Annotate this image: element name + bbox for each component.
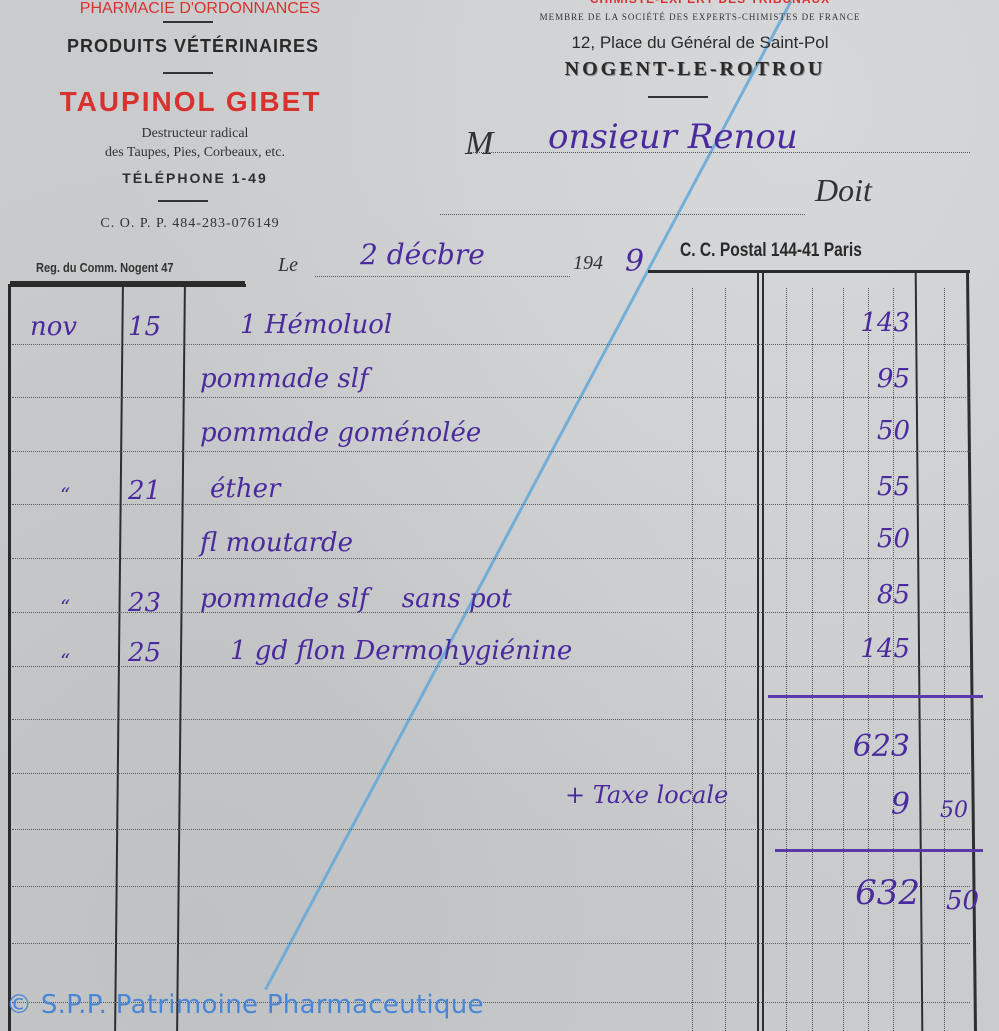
- item-description: fl moutarde: [200, 528, 353, 558]
- item-description: éther: [210, 474, 280, 504]
- row-line: [12, 773, 970, 774]
- item-amount: 95: [810, 364, 910, 394]
- grid-vline: [944, 288, 945, 1031]
- doit-label: Doit: [815, 172, 872, 209]
- item-amount: 55: [810, 472, 910, 502]
- item-description: pommade slf: [200, 364, 369, 394]
- item-amount: 143: [810, 308, 910, 338]
- row-line: [12, 558, 970, 559]
- subtotal-rule: [768, 695, 983, 698]
- date-day-month: 2 décbre: [360, 238, 485, 271]
- local-tax-amount: 9: [810, 790, 910, 820]
- item-description: pommade goménolée: [200, 418, 481, 448]
- item-day: 25: [128, 638, 161, 668]
- item-month-ditto: “: [60, 646, 70, 676]
- row-line: [12, 451, 970, 452]
- local-tax-label: + Taxe locale: [565, 780, 728, 810]
- item-day: 23: [128, 588, 161, 618]
- total-rule: [775, 849, 983, 852]
- table-right-border: [966, 272, 977, 1031]
- copyright-watermark: © S.P.P. Patrimoine Pharmaceutique: [6, 990, 484, 1020]
- letterhead-membership: MEMBRE DE LA SOCIÉTÉ DES EXPERTS-CHIMIST…: [470, 12, 930, 22]
- date-prefix: Le: [278, 254, 298, 277]
- item-amount: 50: [810, 524, 910, 554]
- letterhead-pharmacy-title: PHARMACIE D'ORDONNANCES: [0, 0, 400, 18]
- customer-name: onsieur Renou: [548, 117, 798, 157]
- row-line: [12, 719, 970, 720]
- letterhead-registry: Reg. du Comm. Nogent 47: [36, 260, 174, 275]
- column-divider-amount-left: [757, 272, 759, 1031]
- grid-vline: [692, 288, 693, 1031]
- letterhead-telephone: TÉLÉPHONE 1-49: [60, 170, 330, 186]
- customer-dotted-line: [470, 152, 970, 153]
- item-month-ditto: “: [60, 592, 70, 622]
- item-month-ditto: “: [60, 480, 70, 510]
- row-line: [12, 943, 970, 944]
- year-printed: 194: [573, 252, 603, 275]
- column-divider-amount-left-2: [762, 272, 764, 1031]
- item-day: 15: [128, 312, 161, 342]
- column-divider-month-day: [114, 287, 124, 1031]
- subtotal-amount: 623: [810, 732, 910, 762]
- customer-dotted-line-2: [440, 214, 805, 215]
- letterhead-brand: TAUPINOL GIBET: [18, 86, 363, 118]
- letterhead-veterinary-products: PRODUITS VÉTÉRINAIRES: [28, 36, 358, 57]
- letterhead-tagline: Destructeur radical des Taupes, Pies, Co…: [60, 124, 330, 162]
- item-description: 1 gd flon Dermohygiénine: [230, 636, 572, 666]
- item-amount: 50: [810, 416, 910, 446]
- letterhead-divider: [163, 21, 213, 23]
- local-tax-cents: 50: [940, 796, 968, 826]
- row-line: [12, 829, 970, 830]
- item-description: pommade slf sans pot: [200, 584, 512, 614]
- letterhead-city: NOGENT-LE-ROTROU: [490, 58, 900, 81]
- postal-account: C. C. Postal 144-41 Paris: [680, 240, 862, 262]
- table-left-border: [8, 284, 11, 1031]
- tagline-line-2: des Taupes, Pies, Corbeaux, etc.: [60, 143, 330, 162]
- grid-vline: [786, 288, 787, 1031]
- item-day: 21: [128, 476, 161, 506]
- item-month: nov: [30, 312, 77, 342]
- letterhead-divider: [648, 96, 708, 98]
- grand-total-amount: 632: [810, 878, 920, 908]
- letterhead-divider: [163, 72, 213, 74]
- row-line: [12, 344, 970, 345]
- item-amount: 85: [810, 580, 910, 610]
- table-top-border: [8, 284, 246, 287]
- date-dotted-line: [315, 276, 570, 277]
- row-line: [12, 397, 970, 398]
- grid-vline: [725, 288, 726, 1031]
- letterhead-divider: [158, 200, 208, 202]
- item-amount: 145: [810, 634, 910, 664]
- tagline-line-1: Destructeur radical: [60, 124, 330, 143]
- grand-total-cents: 50: [946, 886, 979, 916]
- letterhead-copp-number: C. O. P. P. 484-283-076149: [40, 216, 340, 232]
- letterhead-chemist-title: CHIMISTE-EXPERT DES TRIBUNAUX: [500, 0, 920, 6]
- item-description: 1 Hémoluol: [240, 310, 392, 340]
- column-divider-day-desc: [176, 287, 186, 1031]
- customer-prefix: M: [465, 125, 493, 163]
- letterhead-address: 12, Place du Général de Saint-Pol: [500, 33, 900, 53]
- year-handwritten: 9: [625, 244, 644, 279]
- column-divider-cents: [915, 272, 924, 1031]
- postal-underline: [648, 270, 970, 273]
